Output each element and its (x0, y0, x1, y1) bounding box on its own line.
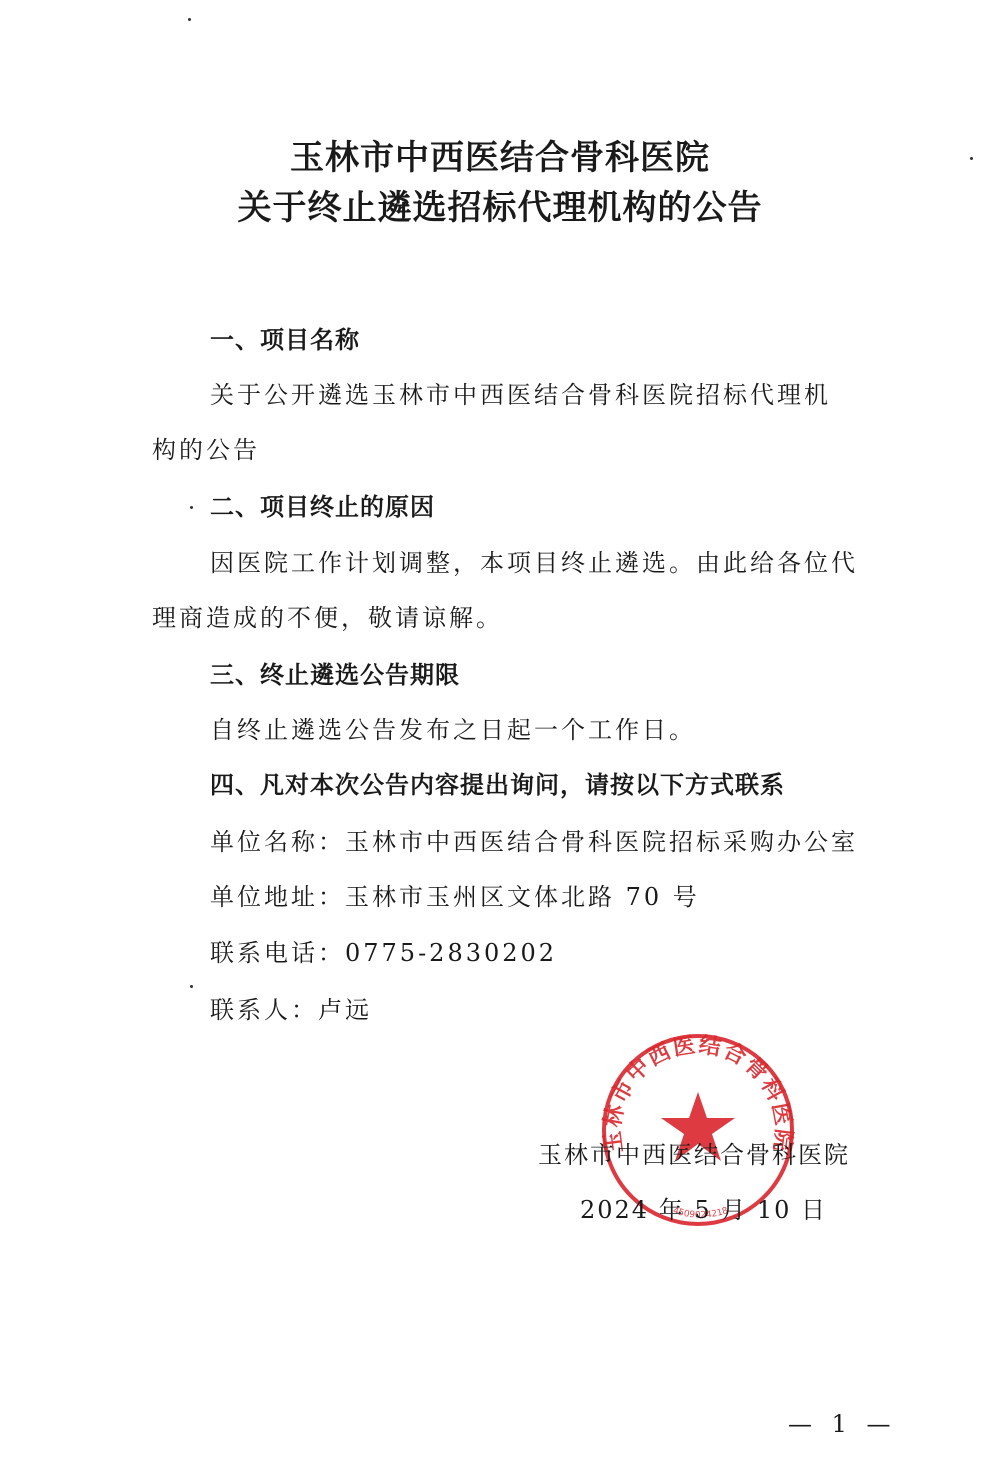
section-1-body-line1: 关于公开遴选玉林市中西医结合骨科医院招标代理机 (210, 375, 831, 410)
contact-unit-name: 单位名称：玉林市中西医结合骨科医院招标采购办公室 (210, 822, 858, 857)
section-2-body-line1: 因医院工作计划调整，本项目终止遴选。由此给各位代 (210, 543, 858, 578)
section-2-body-line2: 理商造成的不便，敬请谅解。 (152, 598, 503, 633)
contact-unit-address: 单位地址：玉林市玉州区文体北路 70 号 (210, 877, 700, 912)
contact-phone: 联系电话：0775-2830202 (210, 933, 557, 968)
section-4-heading: 四、凡对本次公告内容提出询问，请按以下方式联系 (210, 765, 785, 800)
scan-speck (188, 18, 191, 21)
document-title-line1: 玉林市中西医结合骨科医院 (0, 130, 1000, 179)
document-page: 玉林市中西医结合骨科医院 关于终止遴选招标代理机构的公告 一、项目名称 关于公开… (0, 0, 1000, 1482)
scan-speck (190, 985, 193, 988)
section-1-body-line2: 构的公告 (152, 430, 260, 465)
page-number: — 1 — (788, 1410, 897, 1438)
section-3-heading: 三、终止遴选公告期限 (210, 655, 460, 690)
document-title-line2: 关于终止遴选招标代理机构的公告 (0, 180, 1000, 229)
scan-speck (970, 157, 973, 160)
signature-date: 2024 年 5 月 10 日 (580, 1190, 827, 1225)
section-3-body-line1: 自终止遴选公告发布之日起一个工作日。 (210, 710, 696, 745)
scan-speck (190, 506, 193, 509)
section-1-heading: 一、项目名称 (210, 320, 360, 355)
contact-person: 联系人：卢远 (210, 990, 372, 1025)
section-2-heading: 二、项目终止的原因 (210, 487, 435, 522)
signature-organization: 玉林市中西医结合骨科医院 (538, 1135, 850, 1170)
